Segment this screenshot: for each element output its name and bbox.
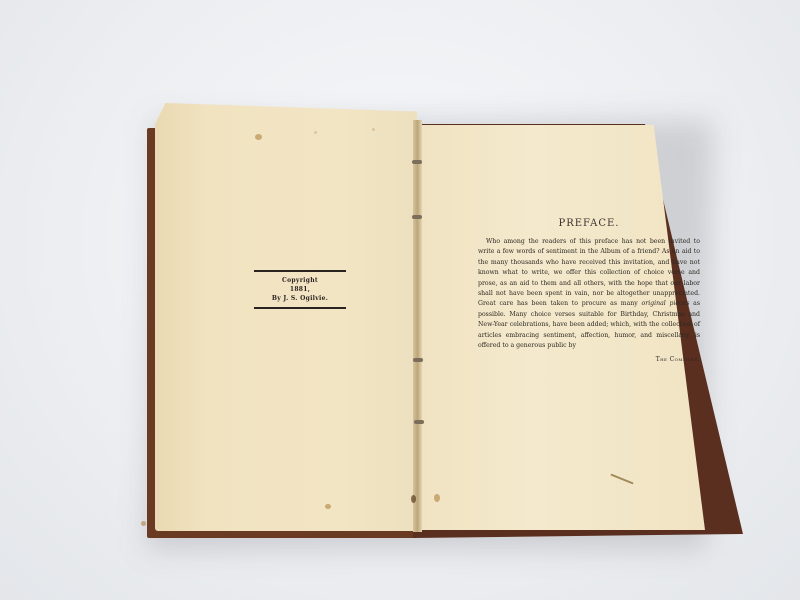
foxing-spot — [372, 128, 375, 131]
preface-text: as possible. Many choice verses suitable… — [478, 300, 700, 349]
left-page — [155, 103, 417, 531]
copyright-stamp: Copyright 1881, By J. S. Ogilvie. — [252, 270, 348, 309]
binding-stitch — [412, 215, 422, 219]
copyright-holder: By J. S. Ogilvie. — [252, 294, 348, 303]
preface-section: PREFACE. Who among the readers of this p… — [478, 218, 700, 363]
binding-stitch — [412, 160, 422, 164]
foxing-spot — [141, 521, 146, 526]
preface-signature: The Compiler. — [478, 356, 700, 363]
binding-stitch — [413, 358, 423, 362]
foxing-spot — [434, 494, 440, 502]
foxing-spot — [411, 495, 416, 503]
binding-stitch — [414, 420, 424, 424]
foxing-spot — [255, 134, 262, 140]
book-gutter — [413, 120, 422, 532]
copyright-label: Copyright — [252, 276, 348, 285]
copyright-year: 1881, — [252, 285, 348, 294]
preface-text: Who among the readers of this preface ha… — [478, 238, 700, 307]
preface-title: PREFACE. — [478, 218, 700, 229]
preface-body: Who among the readers of this preface ha… — [478, 237, 700, 351]
foxing-spot — [314, 131, 317, 134]
photo-scene: Copyright 1881, By J. S. Ogilvie. PREFAC… — [0, 0, 800, 600]
copyright-rule-top — [254, 270, 346, 272]
preface-italic-text: original pieces — [642, 300, 690, 307]
foxing-spot — [325, 504, 331, 509]
copyright-rule-bottom — [254, 307, 346, 309]
